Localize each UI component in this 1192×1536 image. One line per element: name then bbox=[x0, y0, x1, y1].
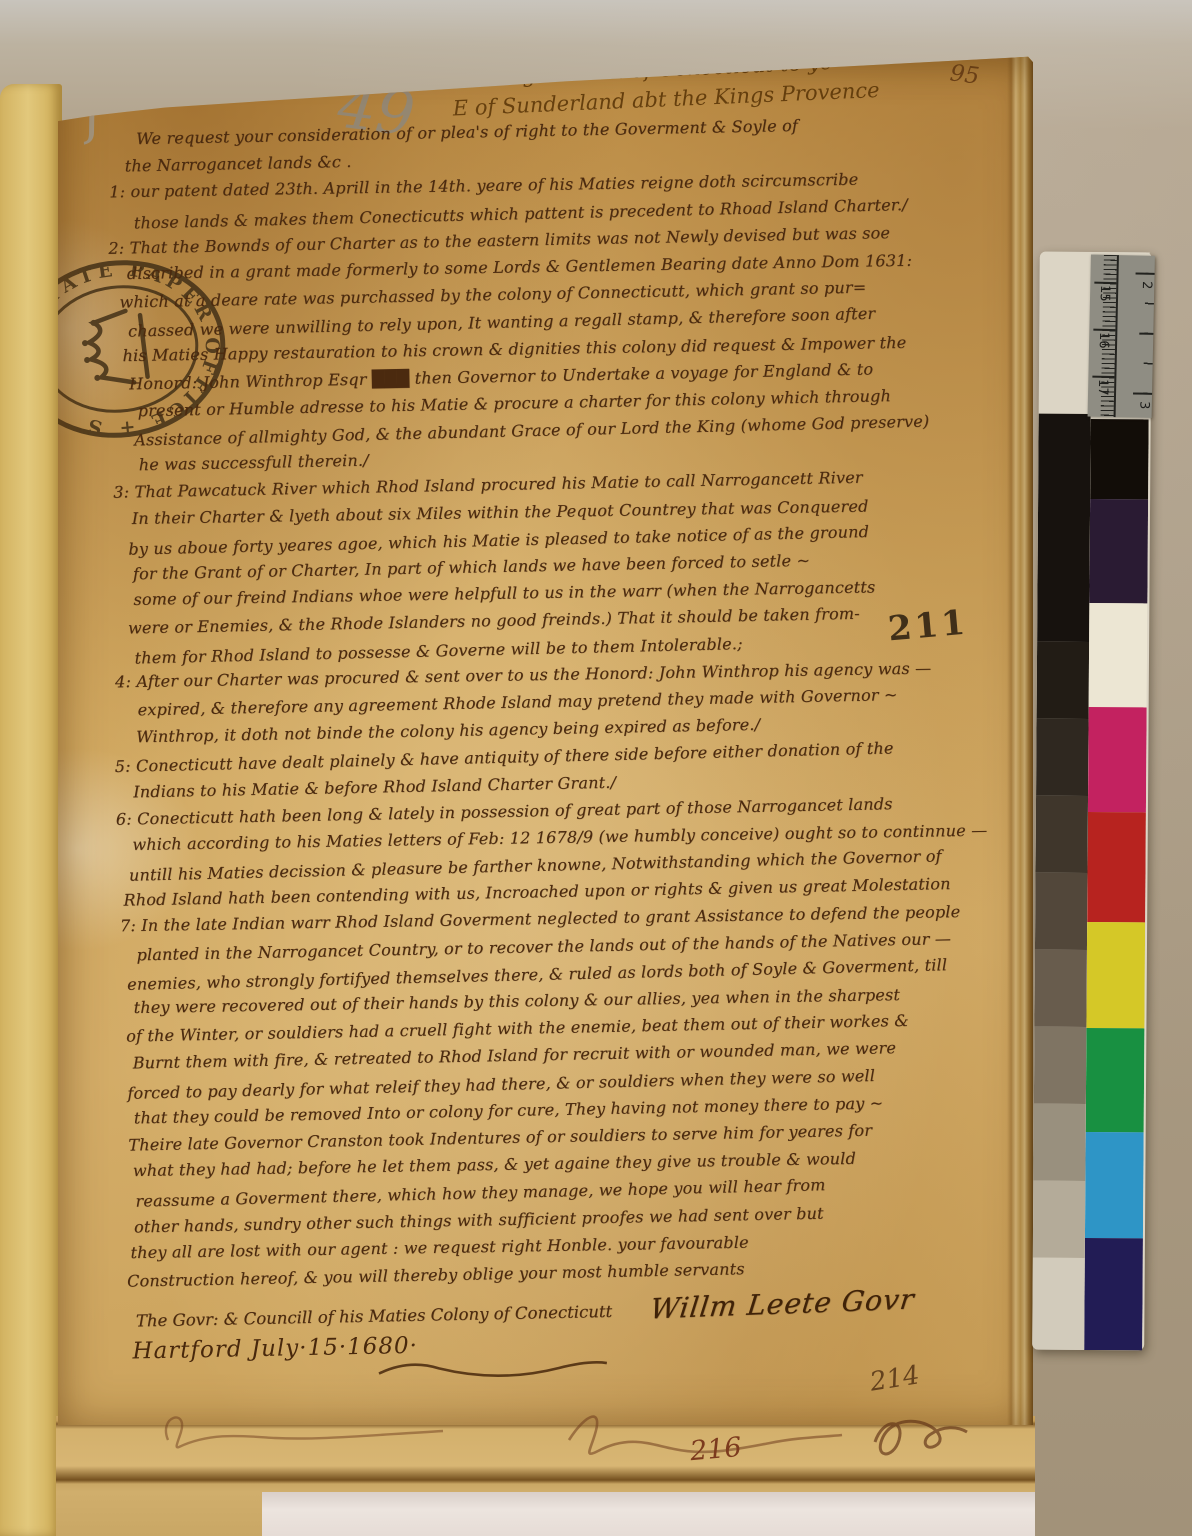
ruler-cm-tick bbox=[1094, 282, 1116, 284]
photo-stage: 216 + STATE PAPER OFFICE + S f Right Hon… bbox=[0, 0, 1192, 1536]
manuscript-lines: We request your consideration of or plea… bbox=[98, 112, 1033, 1299]
ruler-cm-tick bbox=[1093, 329, 1115, 331]
ruler-quarter-ticks bbox=[1143, 273, 1155, 405]
flourish-underline bbox=[373, 1355, 613, 1384]
salutation: Right Honble bbox=[140, 63, 335, 99]
gray-step-patch bbox=[1032, 1258, 1085, 1350]
book-edge-left bbox=[0, 84, 62, 1536]
color-patch bbox=[1086, 922, 1145, 1028]
bleed-through-scribble-right bbox=[545, 1396, 985, 1466]
gray-step-patch bbox=[1035, 796, 1088, 873]
calibration-card: 15 16 17 2 3 bbox=[1032, 252, 1152, 1351]
docket-line-2: E of Sunderland abt the Kings Provence bbox=[452, 78, 880, 121]
gray-step-patch bbox=[1034, 1027, 1087, 1104]
ruler-half-tick bbox=[1139, 333, 1153, 335]
ruler-inch-tick bbox=[1136, 272, 1155, 274]
color-patch bbox=[1089, 603, 1148, 707]
color-patch bbox=[1086, 1028, 1145, 1132]
ruler-cm-label: 15 bbox=[1097, 285, 1112, 302]
gray-step-patch bbox=[1035, 873, 1088, 950]
gray-step-patch bbox=[1034, 950, 1087, 1027]
gray-step-patch bbox=[1033, 1104, 1086, 1181]
ruler-inch-label: 2 bbox=[1139, 281, 1154, 290]
ruler-cm-label: 17 bbox=[1095, 379, 1110, 396]
governor-signature: Willm Leete Govr bbox=[649, 1283, 917, 1326]
ruler-inch-label: 3 bbox=[1136, 401, 1151, 410]
docket-heading: From the governmt of Conecticut to ye E … bbox=[417, 48, 880, 122]
next-page-folio: 216 bbox=[689, 1432, 743, 1467]
gray-step-wedge bbox=[1032, 252, 1092, 1350]
color-patch bbox=[1089, 499, 1148, 603]
closing-line: The Govr: & Councill of his Maties Colon… bbox=[136, 1302, 613, 1331]
manuscript-text-block: We request your consideration of or plea… bbox=[98, 112, 1035, 1389]
gray-step-patch bbox=[1037, 414, 1091, 642]
gray-step-patch bbox=[1037, 642, 1090, 719]
color-patch bbox=[1084, 1238, 1143, 1350]
stamped-folio-number: 211 bbox=[886, 603, 969, 650]
ruler: 15 16 17 2 3 bbox=[1088, 255, 1155, 418]
color-patch bbox=[1085, 1132, 1144, 1238]
ruler-cm-tick bbox=[1092, 376, 1114, 378]
ruler-inch-tick bbox=[1133, 392, 1152, 394]
color-patch bbox=[1090, 419, 1149, 499]
backing-sheet bbox=[262, 1492, 1035, 1536]
ruler-cm-label: 16 bbox=[1096, 332, 1111, 349]
color-patch bbox=[1088, 707, 1147, 812]
gray-step-patch bbox=[1033, 1181, 1086, 1258]
bottom-folio-number: 214 bbox=[868, 1360, 922, 1397]
color-patch bbox=[1087, 812, 1146, 922]
gray-step-patch bbox=[1036, 719, 1089, 796]
corner-folio-number: 95 bbox=[949, 60, 981, 89]
bleed-through-scribble-left bbox=[150, 1408, 460, 1456]
gray-step-patch bbox=[1039, 252, 1092, 414]
manuscript-page: + STATE PAPER OFFICE + S f Right Honble … bbox=[58, 54, 1033, 1425]
